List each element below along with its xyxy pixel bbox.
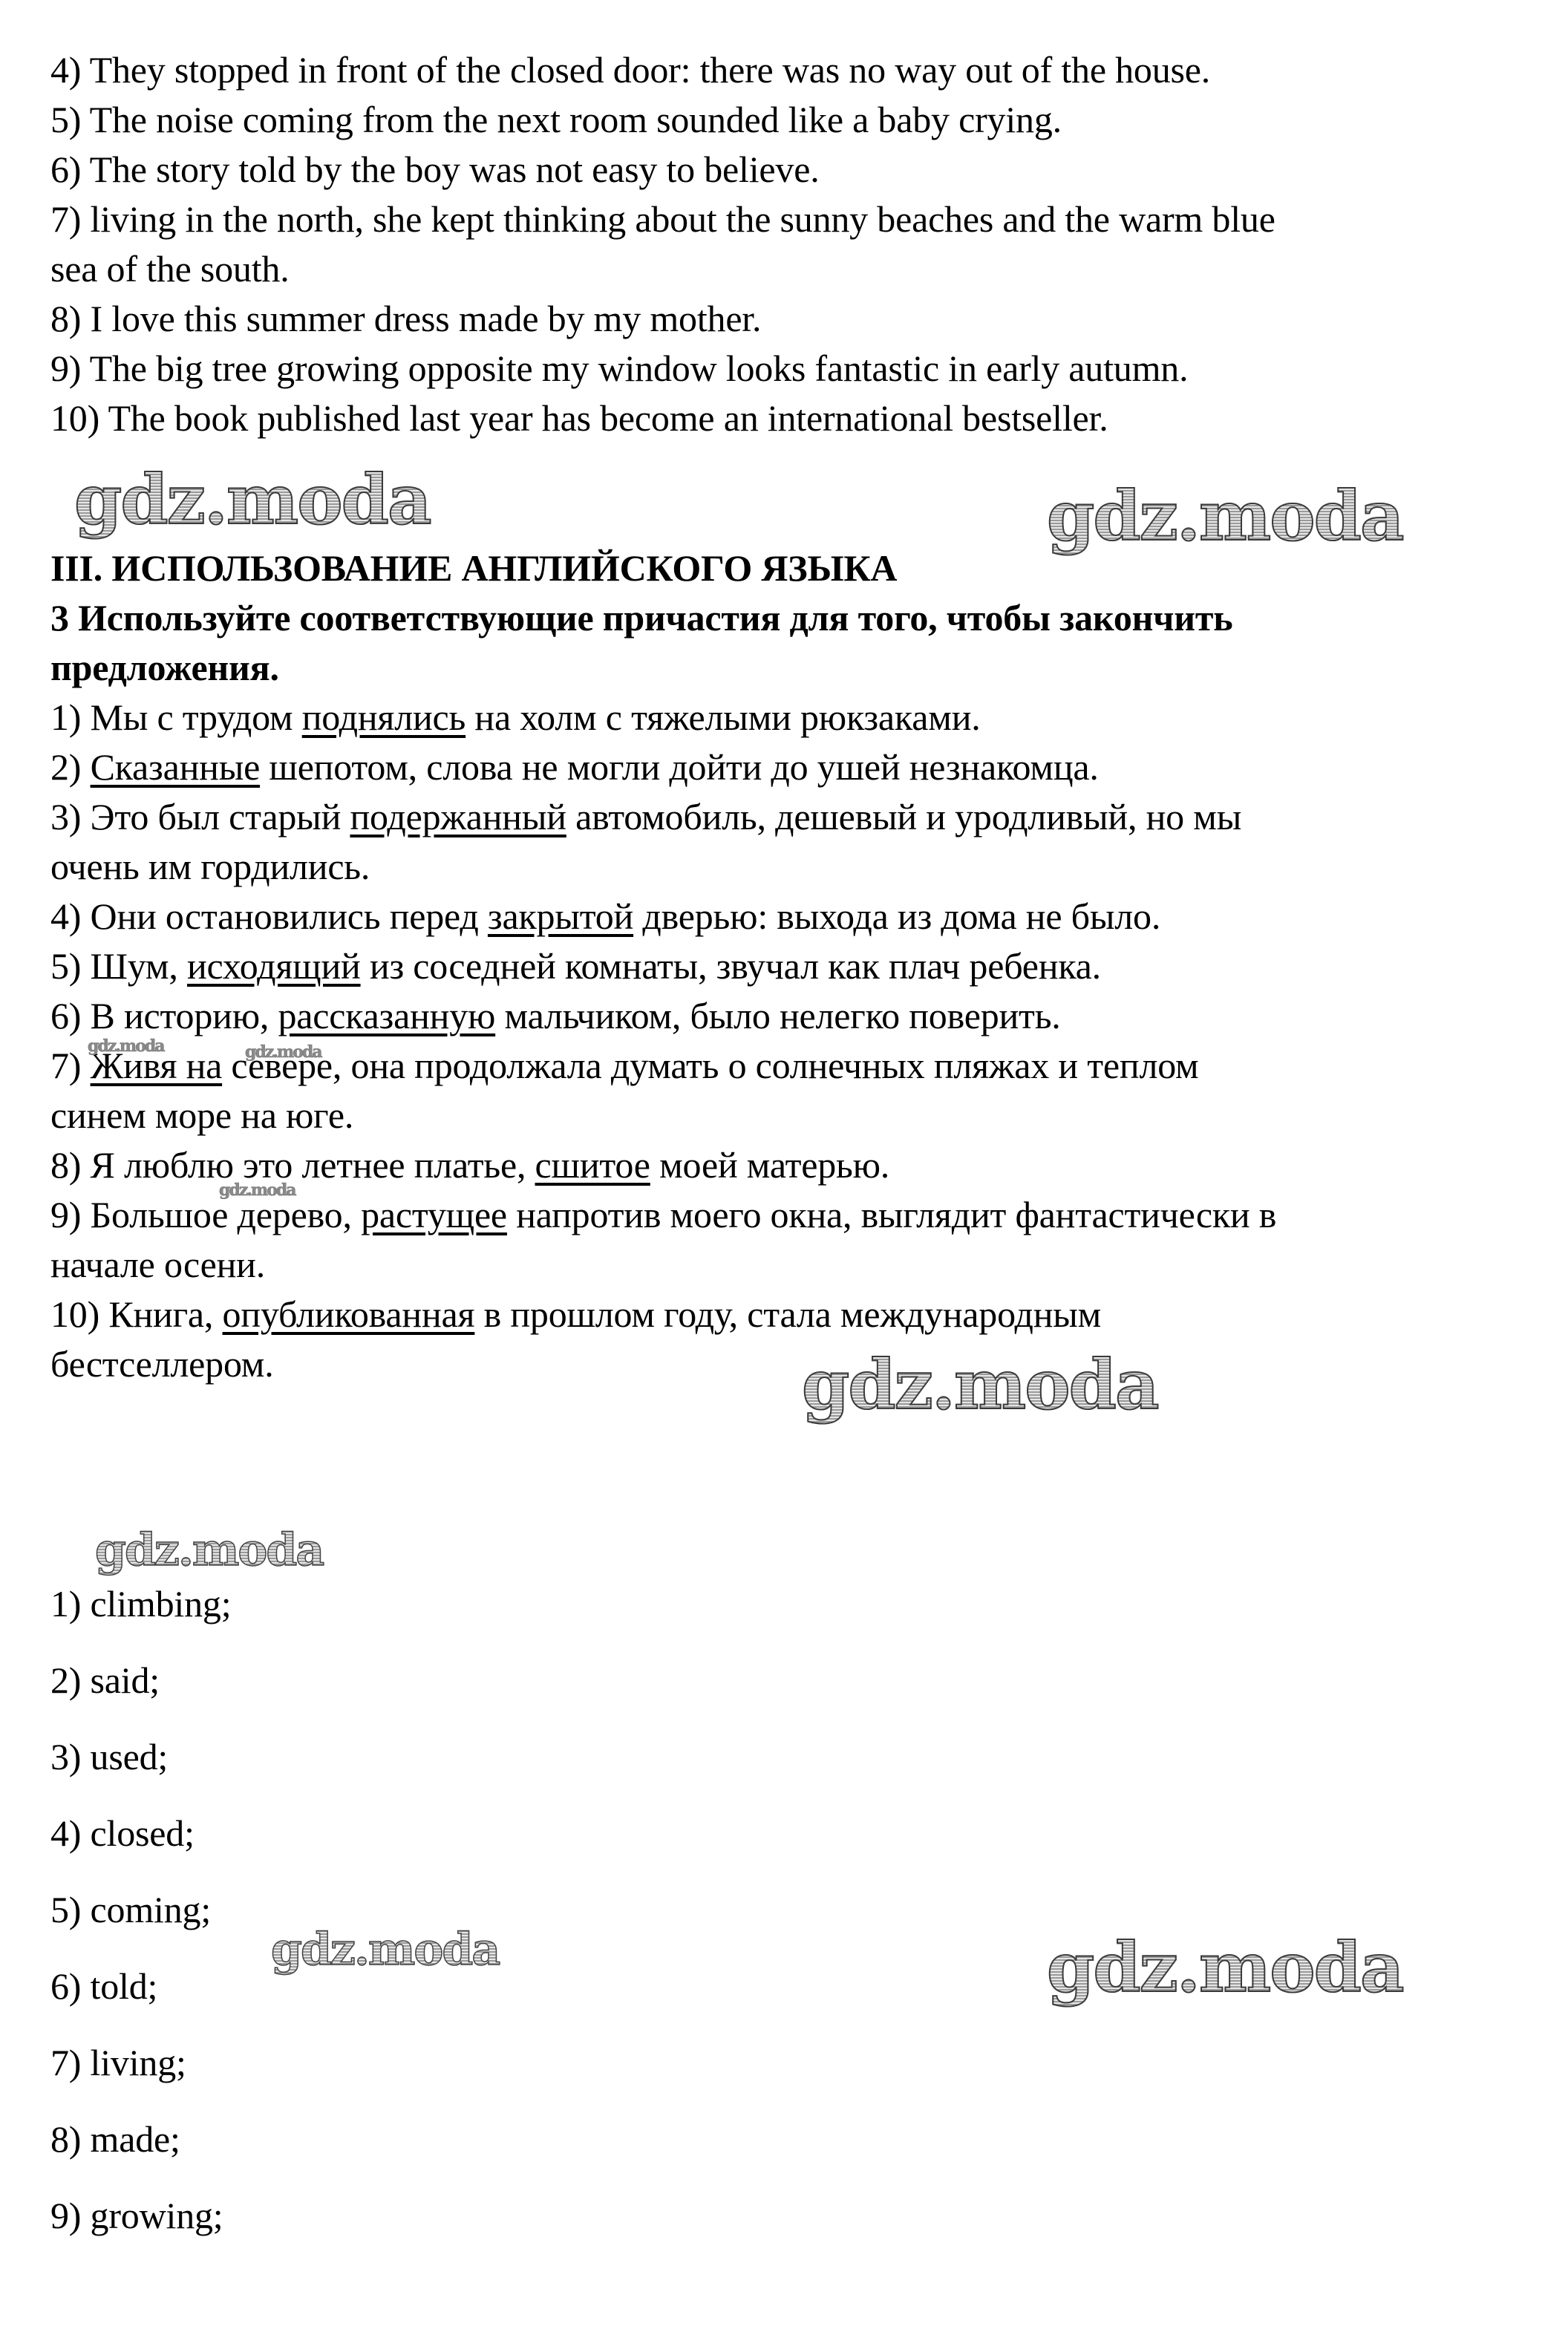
underlined-participle: исходящий — [187, 945, 361, 987]
section-heading: III. ИСПОЛЬЗОВАНИЕ АНГЛИЙСКОГО ЯЗЫКА — [50, 546, 897, 590]
answer-item: 7) living; — [50, 2040, 186, 2085]
watermark-logo: gdz.moda — [1047, 1927, 1403, 2008]
underlined-participle: Живя на — [91, 1045, 223, 1086]
answer-item: 9) growing; — [50, 2193, 223, 2238]
english-sentence: 4) They stopped in front of the closed d… — [50, 48, 1210, 92]
sentence-text: 8) Я люблю это летнее платье, — [50, 1144, 535, 1186]
sentence-text: 9) Большое дерево, — [50, 1194, 361, 1235]
russian-sentence: очень им гордились. — [50, 844, 370, 889]
english-sentence: sea of the south. — [50, 246, 290, 291]
sentence-text: на холм с тяжелыми рюкзаками. — [465, 696, 980, 738]
underlined-participle: сшитое — [535, 1144, 650, 1186]
answer-item: 5) coming; — [50, 1887, 211, 1932]
russian-sentence: 1) Мы с трудом поднялись на холм с тяжел… — [50, 695, 981, 739]
sentence-text: из соседней комнаты, звучал как плач реб… — [361, 945, 1101, 987]
watermark-logo: gdz.moda — [1047, 475, 1403, 557]
russian-sentence: начале осени. — [50, 1242, 265, 1287]
sentence-text: 5) Шум, — [50, 945, 187, 987]
russian-sentence: 7) Живя на севере, она продолжала думать… — [50, 1043, 1199, 1088]
sentence-text: напротив моего окна, выглядит фантастиче… — [507, 1194, 1276, 1235]
sentence-text: 10) Книга, — [50, 1293, 223, 1335]
watermark-logo: gdz.moda — [802, 1344, 1158, 1426]
russian-sentence: бестселлером. — [50, 1342, 274, 1386]
underlined-participle: поднялись — [302, 696, 465, 738]
answer-item: 6) told; — [50, 1964, 157, 2008]
russian-sentence: 8) Я люблю это летнее платье, сшитое мое… — [50, 1143, 889, 1187]
underlined-participle: Сказанные — [91, 746, 261, 788]
english-sentence: 5) The noise coming from the next room s… — [50, 97, 1062, 142]
sentence-text: 4) Они остановились перед — [50, 895, 488, 937]
russian-sentence: 10) Книга, опубликованная в прошлом году… — [50, 1292, 1101, 1336]
underlined-participle: закрытой — [488, 895, 633, 937]
underlined-participle: подержанный — [350, 796, 566, 837]
sentence-text: 6) В историю, — [50, 995, 278, 1036]
russian-sentence: 9) Большое дерево, растущее напротив мое… — [50, 1192, 1276, 1237]
english-sentence: 10) The book published last year has bec… — [50, 396, 1108, 440]
sentence-text: севере, она продолжала думать о солнечны… — [222, 1045, 1198, 1086]
sentence-text: мальчиком, было нелегко поверить. — [495, 995, 1060, 1036]
underlined-participle: растущее — [361, 1194, 507, 1235]
russian-sentence: 4) Они остановились перед закрытой дверь… — [50, 894, 1160, 938]
russian-sentence: 2) Сказанные шепотом, слова не могли дой… — [50, 745, 1099, 789]
russian-sentence: 3) Это был старый подержанный автомобиль… — [50, 794, 1241, 839]
english-sentence: 9) The big tree growing opposite my wind… — [50, 346, 1188, 391]
answer-item: 1) climbing; — [50, 1581, 231, 1626]
sentence-text: синем море на юге. — [50, 1094, 353, 1136]
answer-item: 8) made; — [50, 2117, 180, 2161]
underlined-participle: опубликованная — [223, 1293, 475, 1335]
sentence-text: бестселлером. — [50, 1343, 274, 1385]
sentence-text: дверью: выхода из дома не было. — [633, 895, 1160, 937]
sentence-text: очень им гордились. — [50, 846, 370, 887]
answer-item: 2) said; — [50, 1658, 160, 1702]
sentence-text: 2) — [50, 746, 91, 788]
underlined-participle: рассказанную — [278, 995, 495, 1036]
sentence-text: автомобиль, дешевый и уродливый, но мы — [566, 796, 1241, 837]
sentence-text: 3) Это был старый — [50, 796, 350, 837]
watermark-logo: gdz.moda — [74, 459, 431, 541]
english-sentence: 7) living in the north, she kept thinkin… — [50, 197, 1275, 241]
russian-sentence: 5) Шум, исходящий из соседней комнаты, з… — [50, 944, 1101, 988]
sentence-text: шепотом, слова не могли дойти до ушей не… — [260, 746, 1099, 788]
sentence-text: 7) — [50, 1045, 91, 1086]
russian-sentence: синем море на юге. — [50, 1093, 353, 1137]
sentence-text: начале осени. — [50, 1244, 265, 1285]
watermark-logo: gdz.moda — [271, 1923, 499, 1976]
task-instruction: 3 Используйте соответствующие причастия … — [50, 595, 1232, 640]
sentence-text: 1) Мы с трудом — [50, 696, 302, 738]
english-sentence: 8) I love this summer dress made by my m… — [50, 296, 761, 341]
sentence-text: в прошлом году, стала международным — [474, 1293, 1101, 1335]
english-sentence: 6) The story told by the boy was not eas… — [50, 147, 820, 192]
answer-item: 4) closed; — [50, 1811, 195, 1855]
answer-item: 3) used; — [50, 1734, 168, 1779]
russian-sentence: 6) В историю, рассказанную мальчиком, бы… — [50, 993, 1061, 1038]
sentence-text: моей матерью. — [650, 1144, 889, 1186]
task-instruction-cont: предложения. — [50, 645, 279, 690]
watermark-logo: gdz.moda — [95, 1524, 323, 1577]
document-page: 4) They stopped in front of the closed d… — [0, 0, 1568, 2338]
